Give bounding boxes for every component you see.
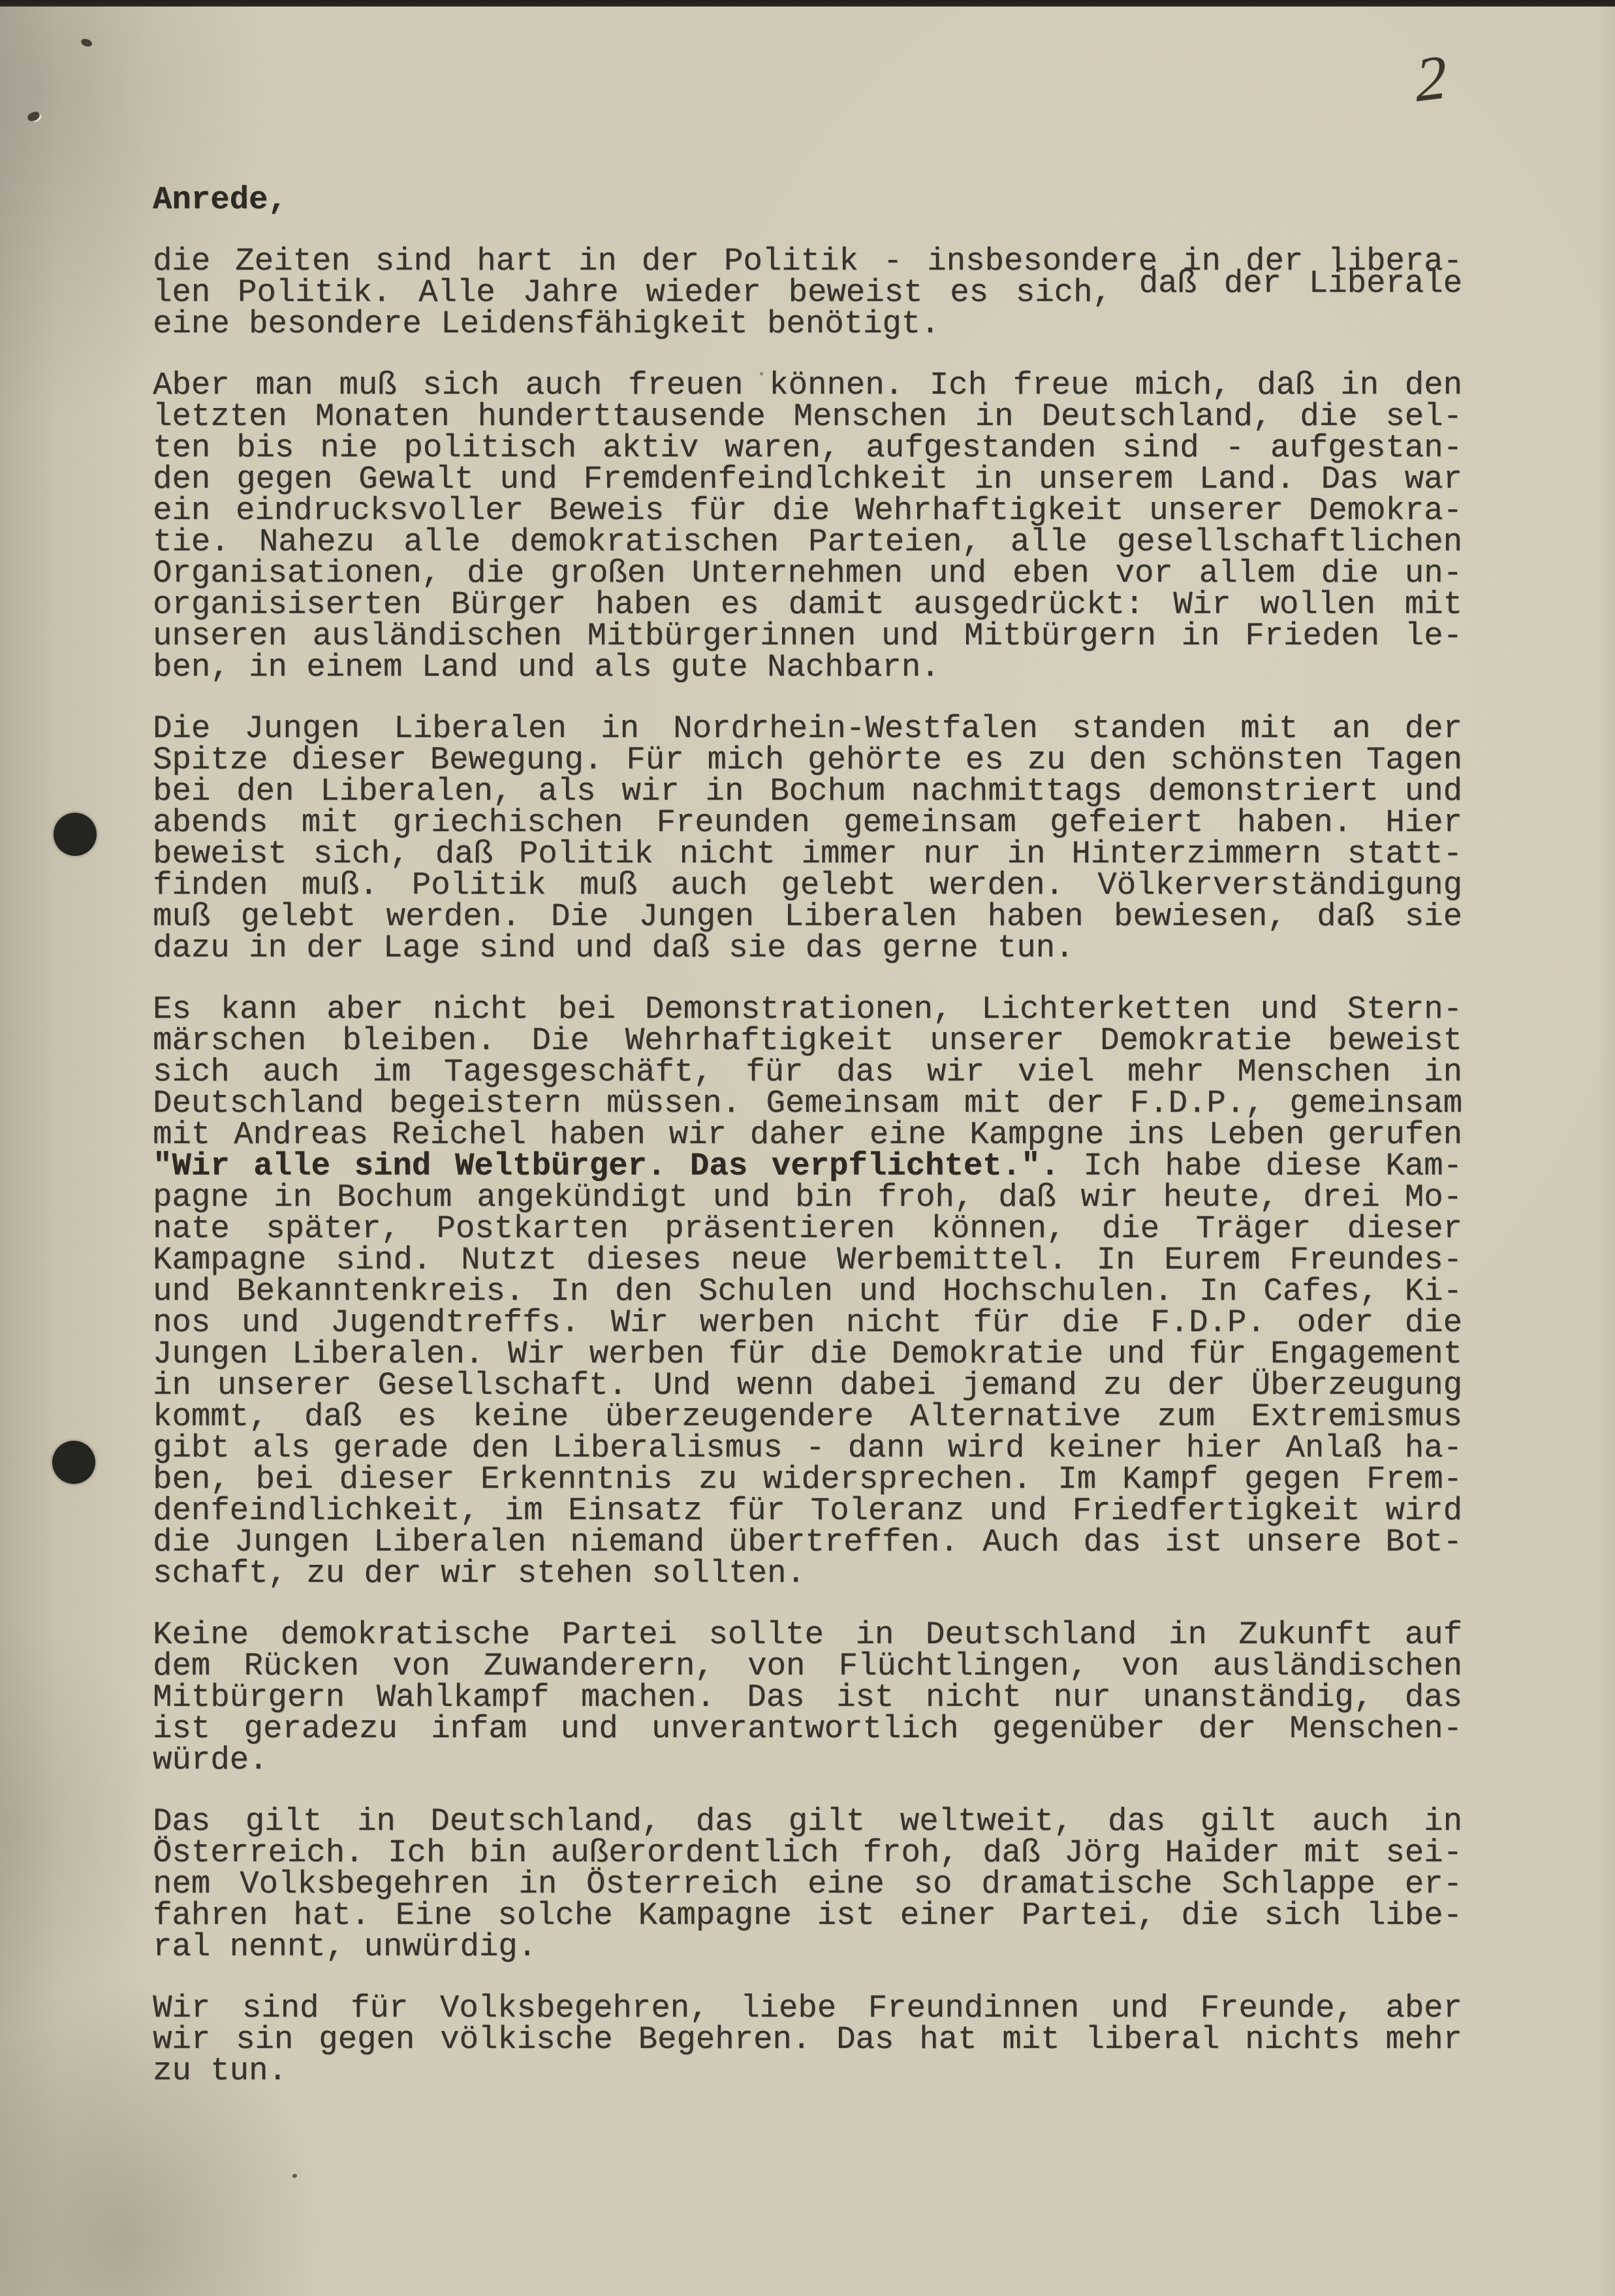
handwritten-page-number: 2 bbox=[1414, 45, 1449, 112]
typed-line: Die Jungen Liberalen in Nordrhein-Westfa… bbox=[153, 713, 1462, 744]
typed-line: wir sin gegen völkische Begehren. Das ha… bbox=[153, 2024, 1462, 2055]
typed-text-block: Anrede, die Zeiten sind hart in der Poli… bbox=[153, 184, 1462, 2086]
typed-line: nem Volksbegehren in Österreich eine so … bbox=[153, 1868, 1462, 1900]
typed-line: dazu in der Lage sind und daß sie das ge… bbox=[153, 932, 1462, 964]
typed-line: dem Rücken von Zuwanderern, von Flüchtli… bbox=[153, 1650, 1462, 1682]
text-segment: dazu in der Lage sind und daß sie das ge… bbox=[153, 930, 1074, 966]
typed-line: ein eindrucksvoller Beweis für die Wehrh… bbox=[153, 495, 1462, 526]
typed-line: märschen bleiben. Die Wehrhaftigkeit uns… bbox=[153, 1025, 1462, 1056]
typed-line: mit Andreas Reichel haben wir daher eine… bbox=[153, 1119, 1462, 1150]
typed-line: gibt als gerade den Liberalismus - dann … bbox=[153, 1432, 1462, 1464]
typed-line: abends mit griechischen Freunden gemeins… bbox=[153, 807, 1462, 838]
typed-line: organisiserten Bürger haben es damit aus… bbox=[153, 589, 1462, 620]
typed-line: nate später, Postkarten präsentieren kön… bbox=[153, 1213, 1462, 1244]
text-segment: daß der Liberale bbox=[1139, 265, 1462, 302]
paragraph: Wir sind für Volksbegehren, liebe Freund… bbox=[153, 1992, 1462, 2086]
typed-line: "Wir alle sind Weltbürger. Das verpflich… bbox=[153, 1150, 1462, 1182]
typed-line: Spitze dieser Bewegung. Für mich gehörte… bbox=[153, 744, 1462, 776]
typed-line: letzten Monaten hunderttausende Menschen… bbox=[153, 401, 1462, 432]
paragraph: Das gilt in Deutschland, das gilt weltwe… bbox=[153, 1806, 1462, 1962]
salutation: Anrede, bbox=[153, 184, 1462, 215]
paragraph: die Zeiten sind hart in der Politik - in… bbox=[153, 245, 1462, 339]
typed-line: nos und Jugendtreffs. Wir werben nicht f… bbox=[153, 1307, 1462, 1338]
typed-line: Keine demokratische Partei sollte in Deu… bbox=[153, 1619, 1462, 1650]
typed-line: Jungen Liberalen. Wir werben für die Dem… bbox=[153, 1338, 1462, 1370]
text-segment: schaft, zu der wir stehen sollten. bbox=[153, 1555, 806, 1592]
typed-line: ist geradezu infam und unverantwortlich … bbox=[153, 1713, 1462, 1744]
hole-punch-bottom bbox=[52, 1441, 95, 1484]
paragraph: Es kann aber nicht bei Demonstrationen, … bbox=[153, 994, 1462, 1589]
typed-line: muß gelebt werden. Die Jungen Liberalen … bbox=[153, 901, 1462, 932]
text-segment: zu tun. bbox=[153, 2052, 287, 2089]
typed-line: Aber man muß sich auch freuen können. Ic… bbox=[153, 370, 1462, 401]
typed-line: fahren hat. Eine solche Kampagne ist ein… bbox=[153, 1900, 1462, 1931]
typed-line: zu tun. bbox=[153, 2055, 1462, 2086]
text-segment: würde. bbox=[153, 1742, 268, 1778]
typed-line: tie. Nahezu alle demokratischen Parteien… bbox=[153, 526, 1462, 558]
text-segment: ral nennt, unwürdig. bbox=[153, 1928, 537, 1965]
typed-line: denfeindlichkeit, im Einsatz für Toleran… bbox=[153, 1495, 1462, 1526]
typed-line: in unserer Gesellschaft. Und wenn dabei … bbox=[153, 1370, 1462, 1401]
text-segment: eine besondere Leidensfähigkeit benötigt… bbox=[153, 306, 940, 342]
typed-line: Das gilt in Deutschland, das gilt weltwe… bbox=[153, 1806, 1462, 1837]
text-segment: ist geradezu infam und unverantwortlich … bbox=[153, 1710, 1462, 1747]
typed-line: würde. bbox=[153, 1744, 1462, 1776]
typed-line: bei den Liberalen, als wir in Bochum nac… bbox=[153, 776, 1462, 807]
scan-top-edge bbox=[0, 0, 1615, 7]
typed-line: unseren ausländischen Mitbürgerinnen und… bbox=[153, 620, 1462, 652]
typed-line: den gegen Gewalt und Fremdenfeindlchkeit… bbox=[153, 464, 1462, 495]
body-paragraphs: die Zeiten sind hart in der Politik - in… bbox=[153, 245, 1462, 2086]
typed-line: kommt, daß es keine überzeugendere Alter… bbox=[153, 1401, 1462, 1432]
typed-line: die Jungen Liberalen niemand übertreffen… bbox=[153, 1526, 1462, 1558]
typed-line: Organisationen, die großen Unternehmen u… bbox=[153, 558, 1462, 589]
paper-speck bbox=[26, 110, 40, 122]
typed-line: ben, in einem Land und als gute Nachbarn… bbox=[153, 652, 1462, 683]
typed-line: finden muß. Politik muß auch gelebt werd… bbox=[153, 870, 1462, 901]
paper-speck bbox=[80, 37, 93, 48]
typed-line: Mitbürgern Wahlkampf machen. Das ist nic… bbox=[153, 1682, 1462, 1713]
typed-line: ten bis nie politisch aktiv waren, aufge… bbox=[153, 432, 1462, 464]
typed-line: Wir sind für Volksbegehren, liebe Freund… bbox=[153, 1992, 1462, 2024]
paragraph: Die Jungen Liberalen in Nordrhein-Westfa… bbox=[153, 713, 1462, 964]
typed-line: eine besondere Leidensfähigkeit benötigt… bbox=[153, 308, 1462, 339]
typed-line: sich auch im Tagesgeschäft, für das wir … bbox=[153, 1056, 1462, 1088]
typed-line: beweist sich, daß Politik nicht immer nu… bbox=[153, 838, 1462, 870]
typed-line: Deutschland begeistern müssen. Gemeinsam… bbox=[153, 1088, 1462, 1119]
typed-line: schaft, zu der wir stehen sollten. bbox=[153, 1558, 1462, 1589]
text-segment: ben, in einem Land und als gute Nachbarn… bbox=[153, 649, 940, 685]
text-segment: wir sin gegen völkische Begehren. Das ha… bbox=[153, 2021, 1462, 2058]
paragraph: Aber man muß sich auch freuen können. Ic… bbox=[153, 370, 1462, 683]
typed-line: ral nennt, unwürdig. bbox=[153, 1931, 1462, 1962]
salutation-text: Anrede, bbox=[153, 181, 287, 218]
paper-speck bbox=[292, 2174, 297, 2178]
scanned-document-page: 2 Anrede, die Zeiten sind hart in der Po… bbox=[0, 0, 1615, 2296]
typed-line: und Bekanntenkreis. In den Schulen und H… bbox=[153, 1276, 1462, 1307]
typed-line: Österreich. Ich bin außerordentlich froh… bbox=[153, 1837, 1462, 1868]
hole-punch-top bbox=[54, 813, 97, 856]
typed-line: pagne in Bochum angekündigt und bin froh… bbox=[153, 1182, 1462, 1213]
typed-line: ben, bei dieser Erkenntnis zu widersprec… bbox=[153, 1464, 1462, 1495]
typed-line: Kampagne sind. Nutzt dieses neue Werbemi… bbox=[153, 1244, 1462, 1276]
typed-line: Es kann aber nicht bei Demonstrationen, … bbox=[153, 994, 1462, 1025]
typed-line: len Politik. Alle Jahre wieder beweist e… bbox=[153, 277, 1462, 308]
paragraph: Keine demokratische Partei sollte in Deu… bbox=[153, 1619, 1462, 1776]
